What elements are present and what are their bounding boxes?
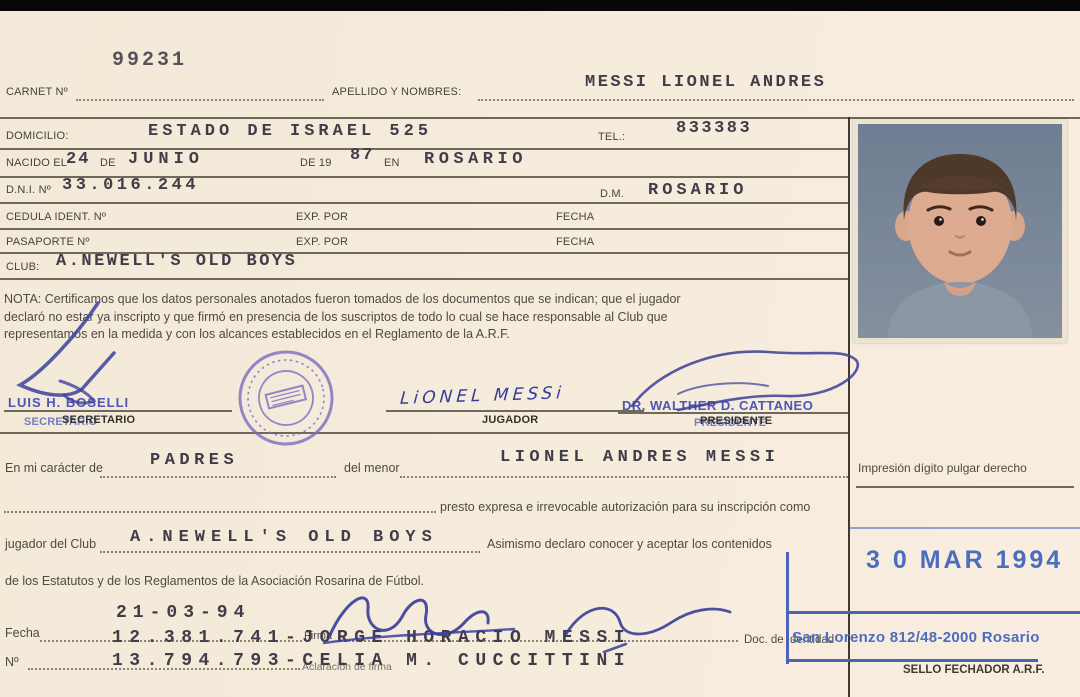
cedula-rule	[0, 228, 848, 230]
presto-text: presto expresa e irrevocable autorizació…	[440, 500, 810, 514]
tel-value: 833383	[676, 119, 752, 138]
dm-value: ROSARIO	[648, 181, 747, 200]
fecha-value: 21-03-94	[116, 603, 250, 623]
jugador-label: JUGADOR	[482, 414, 538, 426]
stamp-frame-mid-line	[786, 611, 1080, 614]
secretario-signature-stroke	[2, 295, 152, 420]
numero-label: Nº	[5, 655, 19, 669]
fecha-label: Fecha	[5, 626, 40, 640]
stamp-address-value: San Lorenzo 812/48-2000 Rosario	[792, 629, 1040, 646]
caracter-dotted-line	[100, 476, 336, 478]
menor-value: LIONEL ANDRES MESSI	[500, 448, 779, 467]
presto-dotted-line	[4, 511, 436, 513]
scan-top-black-bar	[0, 0, 1080, 11]
jugador-club-value: A.NEWELL'S OLD BOYS	[130, 528, 438, 547]
dm-label: D.M.	[600, 188, 624, 200]
nacido-de19-label: DE 19	[300, 157, 332, 169]
nacido-de-label: DE	[100, 157, 116, 169]
player-photo-frame	[853, 119, 1067, 343]
pasaporte-exp-por-label: EXP. POR	[296, 236, 348, 248]
menor-label: del menor	[344, 461, 400, 475]
presidente-signature-stroke	[618, 346, 888, 421]
dni-rule	[0, 202, 848, 204]
nacido-en-label: EN	[384, 157, 400, 169]
domicilio-label: DOMICILIO:	[6, 130, 69, 142]
club-round-stamp-icon	[228, 345, 344, 451]
date-stamp-value: 3 0 MAR 1994	[866, 546, 1063, 575]
tel-label: TEL.:	[598, 131, 625, 143]
madre-signature-stroke	[552, 594, 767, 658]
pasaporte-fecha-label: FECHA	[556, 236, 594, 248]
carnet-number-value: 99231	[112, 49, 187, 72]
carnet-dotted-line	[76, 99, 324, 101]
jugador-signature-line	[386, 410, 644, 412]
menor-dotted-line	[400, 476, 848, 478]
apellido-label: APELLIDO Y NOMBRES:	[332, 86, 461, 98]
sello-fechador-label: SELLO FECHADOR A.R.F.	[903, 664, 1044, 676]
apellido-dotted-line	[478, 99, 1074, 101]
player-photo	[858, 124, 1062, 338]
signatures-bottom-rule	[0, 432, 848, 434]
thumb-print-rule	[856, 486, 1074, 488]
jugador-club-label: jugador del Club	[5, 537, 96, 551]
nacido-place: ROSARIO	[424, 150, 527, 169]
nacido-month: JUNIO	[128, 150, 204, 169]
cedula-exp-por-label: EXP. POR	[296, 211, 348, 223]
pasaporte-label: PASAPORTE Nº	[6, 236, 90, 248]
jugador-handwritten-signature: LiONEL MESSi	[399, 383, 565, 409]
club-value: A.NEWELL'S OLD BOYS	[56, 252, 297, 271]
apellido-value: MESSI LIONEL ANDRES	[585, 73, 826, 92]
nacido-day: 24	[66, 150, 90, 169]
cedula-label: CEDULA IDENT. Nº	[6, 211, 106, 223]
asimismo-text: Asimismo declaro conocer y aceptar los c…	[487, 537, 772, 551]
club-label: CLUB:	[6, 261, 39, 273]
caracter-value: PADRES	[150, 451, 238, 470]
padre-signature-stroke	[318, 583, 558, 655]
registration-card-scan: 99231 CARNET Nº APELLIDO Y NOMBRES: MESS…	[0, 0, 1080, 697]
caracter-label: En mi carácter de	[5, 461, 103, 475]
jugador-club-dotted-line	[100, 551, 480, 553]
stamp-frame-left-line	[786, 552, 789, 664]
nacido-year: 87	[350, 146, 374, 165]
date-stamp-top-line	[850, 527, 1080, 529]
dni-label: D.N.I. Nº	[6, 184, 51, 196]
nacido-label: NACIDO EL	[6, 157, 67, 169]
cedula-fecha-label: FECHA	[556, 211, 594, 223]
thumb-print-label: Impresión dígito pulgar derecho	[858, 461, 1027, 475]
club-rule	[0, 278, 848, 280]
dni-value: 33.016.244	[62, 176, 199, 195]
domicilio-value: ESTADO DE ISRAEL 525	[148, 122, 432, 141]
stamp-frame-bottom-line	[786, 659, 1038, 662]
carnet-label: CARNET Nº	[6, 86, 68, 98]
